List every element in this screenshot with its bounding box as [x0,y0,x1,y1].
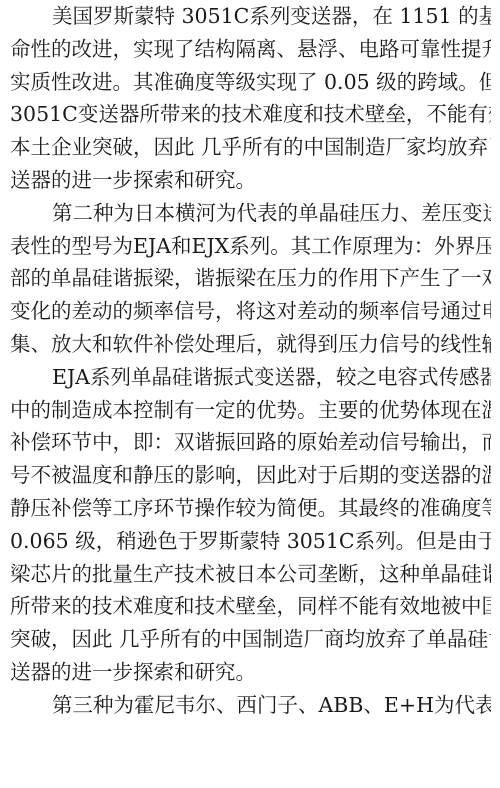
paragraph-rosemount: 美国罗斯蒙特 3051C系列变送器，在 1151 的基础上进行了革 命性的改进，… [10,0,491,197]
text-line: 本土企业突破，因此 几乎所有的中国制造厂家均放弃了电容式变 [10,131,491,164]
text-line: 突破，因此 几乎所有的中国制造厂商均放弃了单晶硅谐振梁式变 [10,623,491,656]
text-line: 补偿环节中，即：双谐振回路的原始差动信号输出，而此差动信 [10,426,491,459]
text-line: 送器的进一步探索和研究。 [10,656,491,689]
text-line: 实质性改进。其准确度等级实现了 0.05 级的跨域。但是，这种 [10,66,491,99]
paragraph-eja-series: EJA系列单晶硅谐振式变送器，较之电容式传感器其生产过程 中的制造成本控制有一定… [10,361,491,689]
text-line: 送器的进一步探索和研究。 [10,164,491,197]
text-line: 0.065 级，稍逊色于罗斯蒙特 3051C系列。但是由于单晶硅谐振 [10,525,491,558]
text-line: 第二种为日本横河为代表的单晶硅压力、差压变送器，其代 [10,197,491,230]
text-line: 梁芯片的批量生产技术被日本公司垄断，这种单晶硅谐振梁芯片 [10,558,491,591]
paragraph-third-type: 第三种为霍尼韦尔、西门子、ABB、E+H为代表的单晶硅电阻 [10,689,491,722]
text-line: 变化的差动的频率信号，将这对差动的频率信号通过电子电路收 [10,295,491,328]
text-line: 中的制造成本控制有一定的优势。主要的优势体现在温度和静压 [10,394,491,427]
paragraph-yokogawa: 第二种为日本横河为代表的单晶硅压力、差压变送器，其代 表性的型号为EJA和EJX… [10,197,491,361]
text-line: 表性的型号为EJA和EJX系列。其工作原理为：外界压差传递到内 [10,230,491,263]
document-page: 美国罗斯蒙特 3051C系列变送器，在 1151 的基础上进行了革 命性的改进，… [10,0,491,722]
text-line: 第三种为霍尼韦尔、西门子、ABB、E+H为代表的单晶硅电阻 [10,689,491,722]
text-line: 美国罗斯蒙特 3051C系列变送器，在 1151 的基础上进行了革 [10,0,491,33]
text-line: 集、放大和软件补偿处理后，就得到压力信号的线性输出。 [10,328,491,361]
text-line: 所带来的技术难度和技术壁垒，同样不能有效地被中国本土企业 [10,590,491,623]
text-line: 命性的改进，实现了结构隔离、悬浮、电路可靠性提升等大量的 [10,33,491,66]
text-line: 号不被温度和静压的影响，因此对于后期的变送器的温度补偿和 [10,459,491,492]
text-line: 静压补偿等工序环节操作较为简便。其最终的准确度等级到达 [10,492,491,525]
text-line: EJA系列单晶硅谐振式变送器，较之电容式传感器其生产过程 [10,361,491,394]
text-line: 部的单晶硅谐振梁，谐振梁在压力的作用下产生了一对跟随压力 [10,262,491,295]
text-line: 3051C变送器所带来的技术难度和技术壁垒，不能有效的被中国 [10,98,491,131]
